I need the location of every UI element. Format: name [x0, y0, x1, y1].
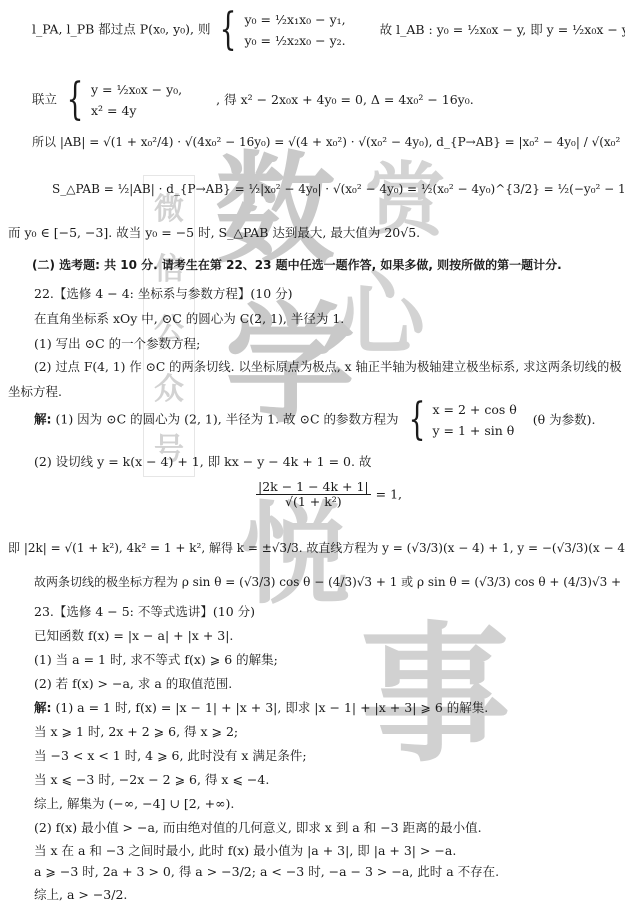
line-ab-equation: 故 l_AB : y₀ = ½x₀x − y, 即 y = ½x₀x − y₀. [380, 22, 625, 37]
fraction-denominator: √(1 + k²) [283, 495, 344, 509]
q22-solution-1: 解: (1) 因为 ⊙C 的圆心为 (2, 1), 半径为 1. 故 ⊙C 的参… [34, 398, 625, 442]
q23-case-2: 当 −3 < x < 1 时, 4 ⩾ 6, 此时没有 x 满足条件; [34, 748, 625, 763]
q23-part1: (1) 当 a = 1 时, 求不等式 f(x) ⩾ 6 的解集; [34, 652, 625, 667]
system-eq-1: y = ½x₀x − y₀, [91, 82, 182, 97]
q23-conclusion: 综上, a > −3/2. [34, 887, 625, 902]
q23-solution-set: 综上, 解集为 (−∞, −4] ∪ [2, +∞). [34, 796, 625, 811]
left-brace: { [67, 78, 84, 122]
q23-stem: 已知函数 f(x) = |x − a| + |x + 3|. [34, 628, 625, 643]
parametric-system: x = 2 + cos θ y = 1 + sin θ [433, 402, 517, 438]
q22-stem: 在直角坐标系 xOy 中, ⊙C 的圆心为 C(2, 1), 半径为 1. [34, 311, 625, 326]
simultaneous-label: 联立 [32, 92, 57, 107]
q22-part2-cont: 坐标方程. [8, 384, 625, 399]
q23-part2-cases: a ⩾ −3 时, 2a + 3 > 0, 得 a > −3/2; a < −3… [34, 864, 625, 879]
watermark-glyph-shu: 数 [215, 150, 335, 270]
system-eq-2: y₀ = ½x₂x₀ − y₂. [244, 33, 345, 48]
equals-one: = 1, [376, 486, 402, 501]
left-brace: { [220, 8, 237, 52]
equation-system: y₀ = ½x₁x₀ − y₁, y₀ = ½x₂x₀ − y₂. [244, 12, 345, 48]
system-eq-y: y = 1 + sin θ [433, 423, 517, 438]
solution-label: 解: [34, 700, 52, 715]
system-eq-x: x = 2 + cos θ [433, 402, 517, 417]
solution-line-ab-length: 所以 |AB| = √(1 + x₀²/4) · √(4x₀² − 16y₀) … [32, 135, 625, 149]
left-brace: { [408, 398, 425, 442]
solution-text: (1) a = 1 时, f(x) = |x − 1| + |x + 3|, 即… [55, 700, 488, 715]
q23-part2-min: 当 x 在 a 和 −3 之间时最小, 此时 f(x) 最小值为 |a + 3|… [34, 843, 625, 858]
q22-distance-equation: |2k − 1 − 4k + 1| √(1 + k²) = 1, [255, 480, 625, 510]
q23-part2: (2) 若 f(x) > −a, 求 a 的取值范围. [34, 676, 625, 691]
q23-case-1: 当 x ⩾ 1 时, 2x + 2 ⩾ 6, 得 x ⩾ 2; [34, 724, 625, 739]
q22-title: 22.【选修 4 − 4: 坐标系与参数方程】(10 分) [34, 286, 625, 301]
discriminant-result: , 得 x² − 2x₀x + 4y₀ = 0, Δ = 4x₀² − 16y₀… [216, 92, 474, 107]
equation-system: y = ½x₀x − y₀, x² = 4y [91, 82, 182, 118]
solution-text: (1) 因为 ⊙C 的圆心为 (2, 1), 半径为 1. 故 ⊙C 的参数方程… [55, 412, 398, 427]
q22-solution-4: 故两条切线的极坐标方程为 ρ sin θ = (√3/3) cos θ − (4… [34, 575, 625, 589]
q23-solution-1: 解: (1) a = 1 时, f(x) = |x − 1| + |x + 3|… [34, 700, 625, 715]
solution-line-simultaneous: 联立 { y = ½x₀x − y₀, x² = 4y , 得 x² − 2x₀… [32, 78, 625, 122]
system-eq-1: y₀ = ½x₁x₀ − y₁, [244, 12, 345, 27]
q23-title: 23.【选修 4 − 5: 不等式选讲】(10 分) [34, 604, 625, 619]
tangent-intro: l_PA, l_PB 都过点 P(x₀, y₀), 则 [32, 22, 210, 37]
solution-line-tangent-lines: l_PA, l_PB 都过点 P(x₀, y₀), 则 { y₀ = ½x₁x₀… [32, 8, 625, 52]
q22-solution-2: (2) 设切线 y = k(x − 4) + 1, 即 kx − y − 4k … [34, 454, 625, 469]
solution-label: 解: [34, 412, 52, 427]
distance-fraction: |2k − 1 − 4k + 1| √(1 + k²) [256, 480, 371, 510]
parameter-note: (θ 为参数). [533, 412, 596, 427]
q22-part2: (2) 过点 F(4, 1) 作 ⊙C 的两条切线. 以坐标原点为极点, x 轴… [34, 360, 625, 375]
system-eq-2: x² = 4y [91, 103, 182, 118]
fraction-numerator: |2k − 1 − 4k + 1| [256, 480, 371, 495]
q23-part2-solution: (2) f(x) 最小值 > −a, 而由绝对值的几何意义, 即求 x 到 a … [34, 820, 625, 835]
q22-part1: (1) 写出 ⊙C 的一个参数方程; [34, 336, 625, 351]
section-header-elective: (二) 选考题: 共 10 分. 请考生在第 22、23 题中任选一题作答, 如… [32, 258, 625, 272]
solution-line-area: S_△PAB = ½|AB| · d_{P→AB} = ½|x₀² − 4y₀|… [52, 182, 625, 196]
q23-case-3: 当 x ⩽ −3 时, −2x − 2 ⩾ 6, 得 x ⩽ −4. [34, 772, 625, 787]
solution-line-max-area: 而 y₀ ∈ [−5, −3]. 故当 y₀ = −5 时, S_△PAB 达到… [8, 225, 625, 240]
q22-solution-3: 即 |2k| = √(1 + k²), 4k² = 1 + k², 解得 k =… [8, 541, 625, 555]
